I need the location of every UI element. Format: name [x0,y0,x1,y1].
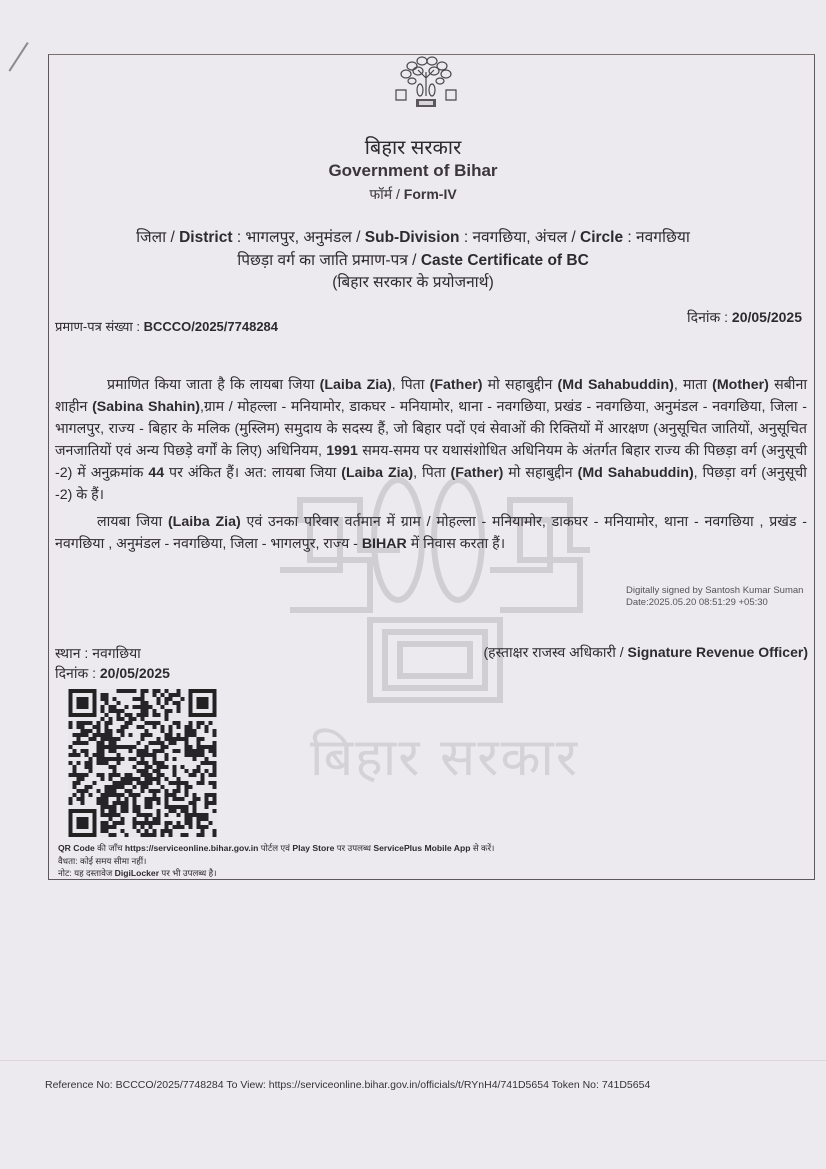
digital-signature: Digitally signed by Santosh Kumar Suman … [626,585,803,609]
residence-paragraph: लायबा जिया (Laiba Zia) एवं उनका परिवार व… [55,511,807,555]
district-label: District [179,229,232,246]
jurisdiction-line: जिला / District : भागलपुर, अनुमंडल / Sub… [0,225,826,247]
signature-label: (हस्ताक्षर राजस्व अधिकारी / Signature Re… [484,643,809,662]
form-number: फॉर्म / Form-IV [0,185,826,204]
father-name: (Md Sahabuddin) [558,377,674,393]
place-date-value: 20/05/2025 [100,665,170,681]
form-label-english: Form-IV [404,186,457,202]
validity-note: वैधता: कोई समय सीमा नहीं। [58,855,494,868]
certificate-purpose: (बिहार सरकार के प्रयोजनार्थ) [0,270,826,292]
issue-date: दिनांक : 20/05/2025 [687,308,802,327]
issue-date-value: 20/05/2025 [732,309,802,325]
issue-date-label: दिनांक : [687,309,728,325]
digital-signature-signer: Digitally signed by Santosh Kumar Suman [626,585,803,597]
gov-title-hindi: बिहार सरकार [0,133,826,160]
qr-code-icon[interactable] [66,689,219,837]
digilocker-note: नोट: यह दस्तावेज DigiLocker पर भी उपलब्ध… [58,867,494,880]
subdivision-label: Sub-Division [365,229,460,246]
place-value: नवगछिया [92,645,141,661]
certificate-title-english: Caste Certificate of BC [421,252,589,269]
subdivision-value: : नवगछिया, अंचल / [464,229,576,246]
applicant-name: (Laiba Zia) [320,377,392,393]
schedule-serial-number: 44 [148,465,164,481]
footer-divider [0,1060,826,1061]
digital-signature-date: Date:2025.05.20 08:51:29 +05:30 [626,597,803,609]
pen-mark [8,42,28,72]
signature-label-hindi: (हस्ताक्षर राजस्व अधिकारी / [484,644,624,660]
place-date-block: स्थान : नवगछिया दिनांक : 20/05/2025 [55,643,170,683]
certification-paragraph: प्रमाणित किया जाता है कि लायबा जिया (Lai… [55,374,807,506]
mother-name: (Sabina Shahin) [92,399,200,415]
certificate-number-value: BCCCO/2025/7748284 [144,319,278,334]
bihar-emblem-icon [392,52,460,108]
certificate-number: प्रमाण-पत्र संख्या : BCCCO/2025/7748284 [55,317,278,335]
gov-title-english: Government of Bihar [0,161,826,181]
qr-verification-note: QR Code की जाँच https://serviceonline.bi… [58,842,494,855]
form-label-hindi: फॉर्म / [369,186,400,202]
certificate-title: पिछड़ा वर्ग का जाति प्रमाण-पत्र / Caste … [0,248,826,270]
signature-label-english: Signature Revenue Officer) [628,644,809,660]
verification-url: https://serviceonline.bihar.gov.in [125,843,259,853]
state-name: BIHAR [362,536,407,552]
circle-label: Circle [580,229,623,246]
reference-footer: Reference No: BCCCO/2025/7748284 To View… [45,1079,650,1091]
place-label: स्थान : [55,645,88,661]
district-value: : भागलपुर, अनुमंडल / [237,229,361,246]
place-date-label: दिनांक : [55,665,96,681]
district-label-hindi: जिला / [136,229,175,246]
certificate-title-hindi: पिछड़ा वर्ग का जाति प्रमाण-पत्र / [237,252,416,269]
verification-notes: QR Code की जाँच https://serviceonline.bi… [58,842,494,880]
certificate-number-label: प्रमाण-पत्र संख्या : [55,319,140,334]
circle-value: : नवगछिया [627,229,689,246]
